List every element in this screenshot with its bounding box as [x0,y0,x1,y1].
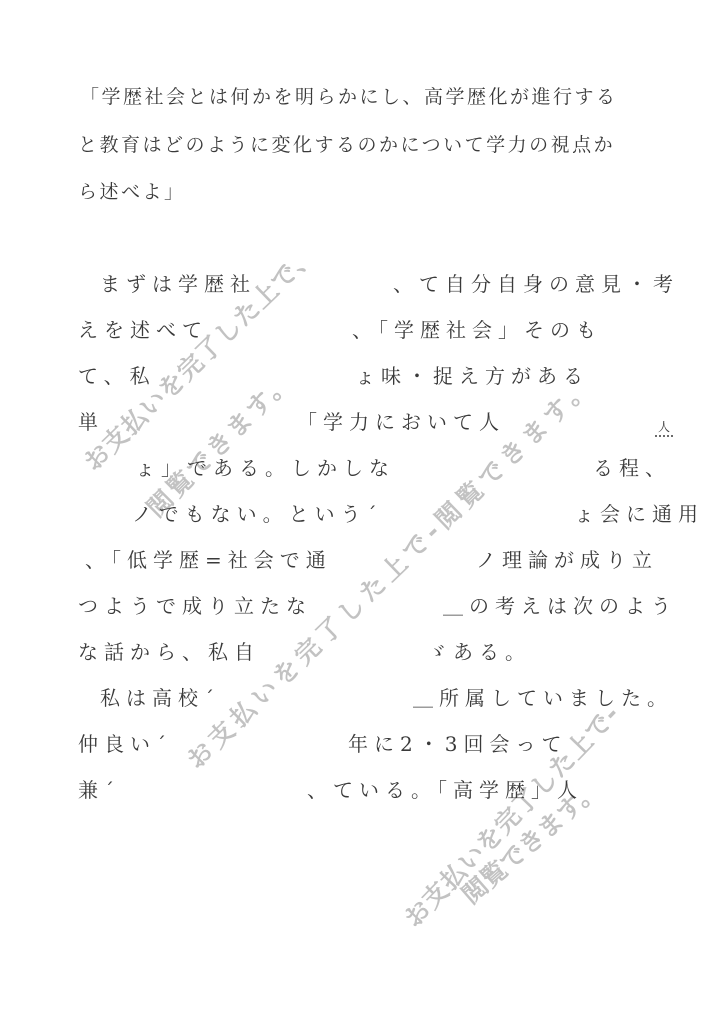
body-text-segment: 、「低学歴=社会で通 [85,548,332,572]
body-text-segment: る程、 [593,456,671,480]
body-text-segment: ノでもない。という´ [132,502,383,526]
body-text-segment: ノ理論が成り立 [476,548,658,572]
body-text-segment: 仲良い´ [78,732,172,756]
scanned-document-page: お支払いを完了した上で、閲覧できます。お支払いを完了した上で-閲覧できます。お支… [0,0,725,1024]
title-line: ら述べよ」 [78,181,186,204]
body-text-segment: つようで成り立たな [78,594,312,618]
text-fragment: 人 [655,418,673,437]
body-text-segment: まずは学歴社 [100,272,256,296]
body-text-segment: 、て自分自身の意見・考 [393,272,679,296]
body-text-segment: 単 [78,410,104,434]
body-text-segment: ょ会に通用 [574,502,704,526]
body-text-segment: えを述べて [78,318,208,342]
body-text-segment: 「学力において人 [297,410,505,434]
body-text-segment: ょ」である。しかしな [135,456,395,480]
document-text-layer: 「学歴社会とは何かを明らかにし、高学歴化が進行すると教育はどのように変化するのか… [0,0,725,1024]
title-line: と教育はどのように変化するのかについて学力の視点か [78,134,615,157]
body-text-segment: 兼´ [78,778,120,802]
body-text-segment: ＿所属していました。 [413,686,673,710]
body-text-segment: 、「学歴社会」そのも [352,318,602,342]
body-text-segment: て、私 [78,364,156,388]
body-text-segment: 、ている。「高学歴」人 [307,778,583,802]
body-text-segment: ょ味・捉え方がある [355,364,589,388]
body-text-segment: 私は高校´ [100,686,220,710]
body-text-segment: な話から、私自 [78,640,260,664]
body-text-segment: ゞある。 [427,640,531,664]
body-text-segment: ＿の考えは次のよう [443,594,677,618]
title-line: 「学歴社会とは何かを明らかにし、高学歴化が進行する [80,86,618,109]
body-text-segment: 年に2・3回会って [348,732,567,756]
